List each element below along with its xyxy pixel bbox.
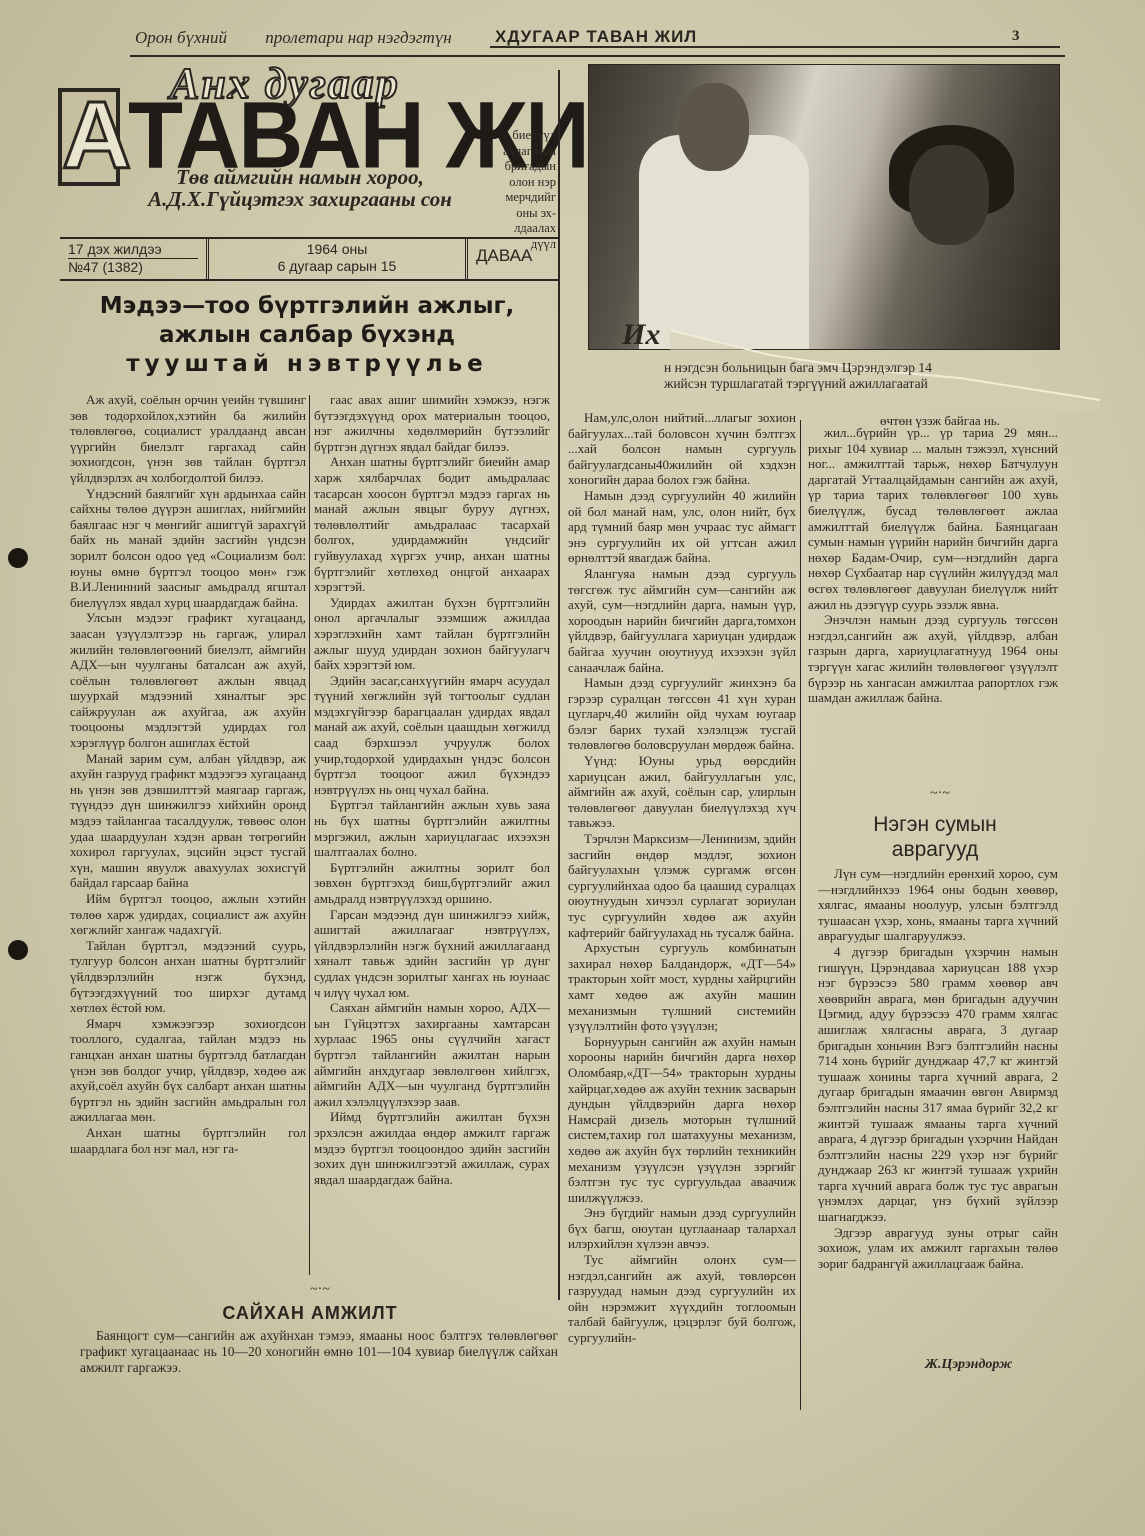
photo-patient-head — [909, 145, 989, 245]
torn-line: олон нэр — [488, 175, 556, 191]
paragraph: Борнуурын сангийн аж ахуйн намын хорооны… — [568, 1034, 796, 1206]
paragraph: Тэрчлэн Марксизм—Ленинизм, эдийн засгийн… — [568, 831, 796, 940]
paragraph: Улсын мэдээг графикт хугацаанд, заасан ү… — [70, 610, 306, 750]
paragraph: Анхан шатны бүртгэлийг биеийн амар харж … — [314, 454, 550, 594]
short-note-title: САЙХАН АМЖИЛТ — [70, 1303, 550, 1324]
paragraph: Саяхан аймгийн намын хороо, АДХ—ын Гүйцэ… — [314, 1000, 550, 1109]
punch-hole — [8, 548, 28, 568]
masthead-motto: Орон бүхний пролетари нар нэгдэгтүн — [135, 28, 486, 48]
paragraph: Удирдах ажилтан бүхэн бүртгэлийн онол ар… — [314, 595, 550, 673]
torn-paper-edge — [540, 300, 1100, 410]
main-article-column-1: Аж ахуй, соёлын орчин үеийн түвшинг зөв … — [70, 392, 306, 1156]
column-divider — [558, 70, 560, 1300]
running-header-title: ХДУГААР ТАВАН ЖИЛ — [495, 27, 697, 47]
paragraph: Ямарч хэмжээгээр зохиогдсон тооллого, су… — [70, 1016, 306, 1125]
paragraph: гаас авах ашиг шимийн хэмжээ, нэгж бүтээ… — [314, 392, 550, 454]
torn-line: мерчдийг — [488, 190, 556, 206]
photo-article-column-2: жил...бүрийн үр... үр тариа 29 мян... ри… — [808, 425, 1058, 706]
paragraph: Нам,улс,олон нийтий...ллагыг зохион байг… — [568, 410, 796, 488]
masthead-subtitle: Төв аймгийн намын хороо, А.Д.Х.Гүйцэтгэх… — [110, 166, 490, 210]
issue-number: №47 (1382) — [68, 259, 143, 275]
short-note-text: Баянцогт сум—сангийн аж ахуйнхан тэмээ, … — [80, 1328, 558, 1376]
torn-line: оны эх- — [488, 206, 556, 222]
motto-left: Орон бүхний — [135, 28, 227, 47]
running-header-rule — [490, 46, 1060, 48]
paragraph: Аж ахуй, соёлын орчин үеийн түвшинг зөв … — [70, 392, 306, 486]
issue-year: 1964 оны — [217, 241, 457, 258]
column-divider — [309, 395, 310, 1275]
page-number: 3 — [1012, 28, 1020, 45]
champions-title-line-1: Нэгэн сумын — [815, 812, 1055, 837]
headline-line-2: ажлын салбар бүхэнд — [62, 321, 552, 350]
paragraph: Бүртгэл тайлангийн ажлын хувь заяа нь бү… — [314, 797, 550, 859]
paragraph: Архустын сургууль комбинатын захирал нөх… — [568, 940, 796, 1034]
paragraph: Иймд бүртгэлийн ажилтан бүхэн эрхэлсэн а… — [314, 1109, 550, 1187]
caption-line: н нэгдсэн больницын бага эмч Цэрэндэлгэр… — [664, 360, 1059, 376]
issue-date: 1964 оны 6 дугаар сарын 15 — [209, 239, 468, 279]
photo-article-column-1: Нам,улс,олон нийтий...ллагыг зохион байг… — [568, 410, 796, 1346]
photo-article-title: Их — [622, 318, 660, 352]
paragraph: Ялангуяа намын дээд сургууль төгсгөж тус… — [568, 566, 796, 675]
paragraph: Манай зарим сум, албан үйлдвэр, аж ахуйн… — [70, 751, 306, 891]
punch-hole — [8, 940, 28, 960]
torn-line: биелүүл — [488, 128, 556, 144]
paragraph: Ийм бүртгэл тооцоо, ажлын хэтийн төлөө х… — [70, 891, 306, 938]
paragraph: Бүртгэлийн ажилтны зорилт бол зөвхөн бүр… — [314, 860, 550, 907]
paragraph: Энэчлэн намын дээд сургууль төгссөн нэгд… — [808, 612, 1058, 706]
author-signature: Ж.Цэрэндорж — [925, 1357, 1012, 1373]
caption-tail-line: өчтөн үзэж байгаа нь. — [880, 413, 1000, 429]
champions-article-body: Лүн сум—нэгдлийн ерөнхий хороо, сум—нэгд… — [818, 866, 1058, 1271]
volume-year: 17 дэх жилдээ — [68, 241, 198, 259]
motto-right: пролетари нар нэгдэгтүн — [265, 28, 451, 47]
issue-month-day: 6 дугаар сарын 15 — [217, 258, 457, 275]
paragraph: Тус аймгийн олонх сум—нэгдэл,сангийн аж … — [568, 1252, 796, 1346]
paragraph: жил...бүрийн үр... үр тариа 29 мян... ри… — [808, 425, 1058, 612]
issue-weekday: ДАВАА — [468, 239, 540, 279]
photo-caption: н нэгдсэн больницын бага эмч Цэрэндэлгэр… — [664, 360, 1059, 392]
photo-doctor-head — [679, 83, 749, 171]
torn-line: ахлагчтай — [488, 144, 556, 160]
issue-volume: 17 дэх жилдээ №47 (1382) — [60, 239, 209, 279]
torn-fragment-text: биелүүлахлагчтайбригадынолон нэрмерчдийг… — [488, 128, 556, 252]
headline-line-1: Мэдээ—тоо бүртгэлийн ажлыг, — [62, 292, 552, 321]
torn-line: лдаалах — [488, 221, 556, 237]
torn-line: бригадын — [488, 159, 556, 175]
paragraph: Гарсан мэдээнд дүн шинжилгээ хийж, ашигт… — [314, 907, 550, 1001]
headline-line-3: тууштай нэвтрүүлье — [62, 350, 552, 379]
paragraph: Тайлан бүртгэл, мэдээний суурь, тулгуур … — [70, 938, 306, 1016]
issue-info-bar: 17 дэх жилдээ №47 (1382) 1964 оны 6 дуга… — [60, 237, 560, 281]
paragraph: Үүнд: Юуны урьд өөрсдийн хариуцсан ажил,… — [568, 753, 796, 831]
paragraph: Эдийн засаг,санхүүгийн ямарч асуудал түү… — [314, 673, 550, 798]
paragraph: Лүн сум—нэгдлийн ерөнхий хороо, сум—нэгд… — [818, 866, 1058, 944]
ornament-divider: ~·~ — [200, 1282, 440, 1298]
champions-title-line-2: аврагууд — [815, 837, 1055, 862]
main-headline: Мэдээ—тоо бүртгэлийн ажлыг, ажлын салбар… — [62, 292, 552, 379]
column-divider — [800, 420, 801, 1410]
ornament-divider: ~·~ — [860, 786, 1020, 802]
paragraph: 4 дүгээр бригадын үхэрчин намын гишүүн, … — [818, 944, 1058, 1225]
newspaper-page: Орон бүхний пролетари нар нэгдэгтүн ХДУГ… — [0, 0, 1145, 1536]
champions-article-title: Нэгэн сумын аврагууд — [815, 812, 1055, 862]
short-note-body: Баянцогт сум—сангийн аж ахуйнхан тэмээ, … — [80, 1328, 558, 1376]
main-article-column-2: гаас авах ашиг шимийн хэмжээ, нэгж бүтээ… — [314, 392, 550, 1187]
paragraph: Үндэсний баялгийг хүн ардынхаа сайн сайх… — [70, 486, 306, 611]
paragraph: Энэ бүгдийг намын дээд сургуулийн бүх ба… — [568, 1205, 796, 1252]
subtitle-line-2: А.Д.Х.Гүйцэтгэх захиргааны сон — [110, 188, 490, 210]
paragraph: Эдгээр аврагууд зуны отрыг сайн зохиож, … — [818, 1225, 1058, 1272]
paragraph: Намын дээд сургуулийн 40 жилийн ой бол м… — [568, 488, 796, 566]
paragraph: Намын дээд сургуулийг жинхэнэ ба гэрээр … — [568, 675, 796, 753]
paragraph: Анхан шатны бүртгэлийн гол шаардлага бол… — [70, 1125, 306, 1156]
caption-line: жийсэн туршлагатай тэргүүний ажиллагаата… — [664, 376, 1059, 392]
subtitle-line-1: Төв аймгийн намын хороо, — [110, 166, 490, 188]
motto-rule — [130, 55, 1065, 57]
